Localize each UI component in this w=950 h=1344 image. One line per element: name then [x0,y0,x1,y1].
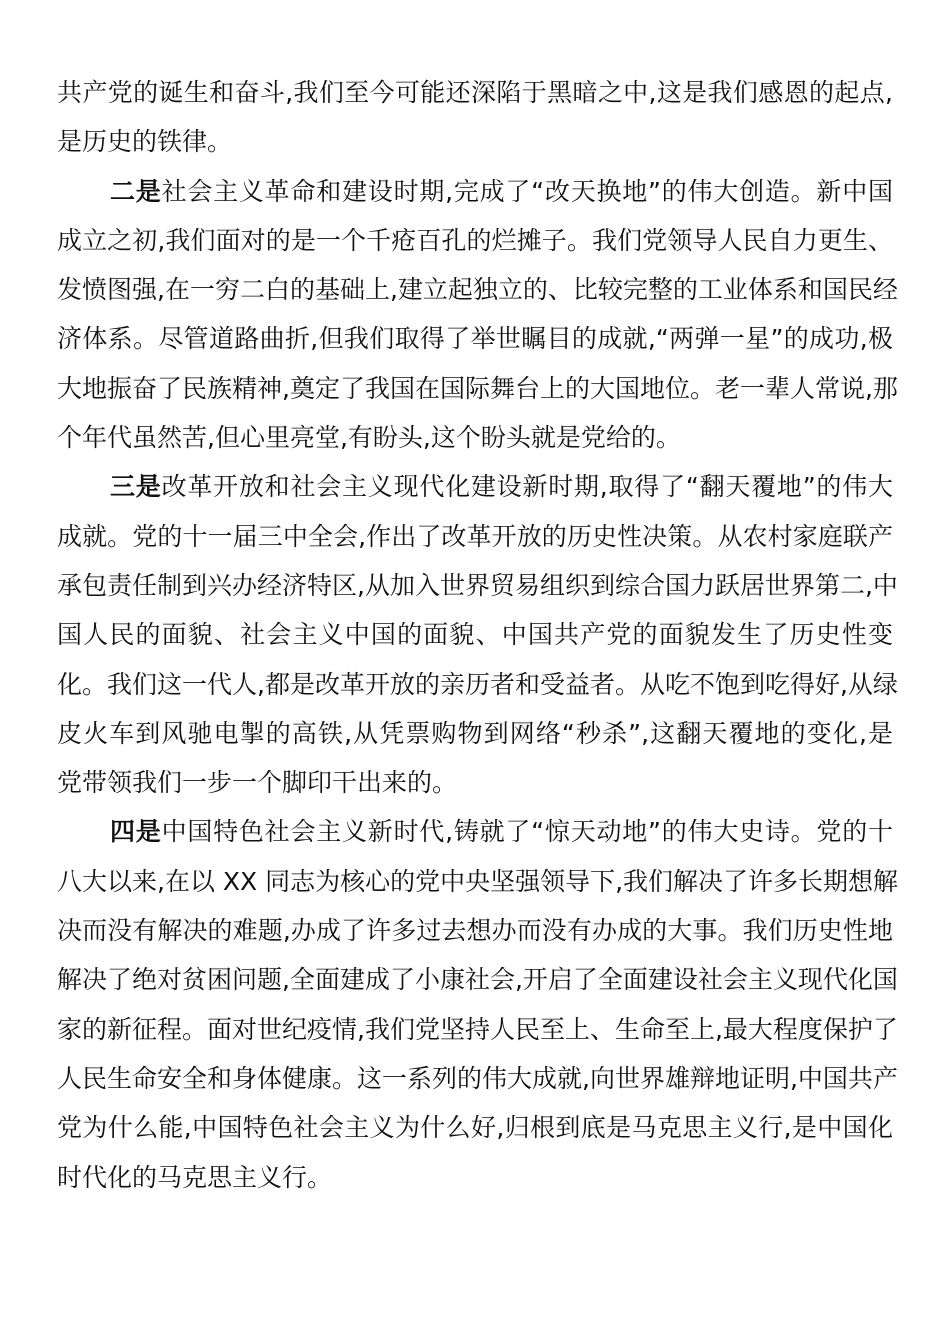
text-line-first: 二是社会主义革命和建设时期,完成了“改天换地”的伟大创造。新中国 [57,167,893,216]
text-line: 承包责任制到兴办经济特区,从加入世界贸易组织到综合国力跃居世界第二,中 [57,561,893,610]
text-line: 皮火车到风驰电掣的高铁,从凭票购物到网络“秒杀”,这翻天覆地的变化,是 [57,709,893,758]
text-line: 成就。党的十一届三中全会,作出了改革开放的历史性决策。从农村家庭联产 [57,512,893,561]
text-line: 大地振奋了民族精神,奠定了我国在国际舞台上的大国地位。老一辈人常说,那 [57,364,893,413]
text-line: 发愤图强,在一穷二白的基础上,建立起独立的、比较完整的工业体系和国民经 [57,265,893,314]
paragraph-continuation: 共产党的诞生和奋斗,我们至今可能还深陷于黑暗之中,这是我们感恩的起点, 是历史的… [57,68,893,167]
text-line: 化。我们这一代人,都是改革开放的亲历者和受益者。从吃不饱到吃得好,从绿 [57,660,893,709]
text-line: 济体系。尽管道路曲折,但我们取得了举世瞩目的成就,“两弹一星”的成功,极 [57,314,893,363]
text-run: 改革开放和社会主义现代化建设新时期,取得了“翻天覆地”的伟大 [162,472,893,501]
text-line: 家的新征程。面对世纪疫情,我们党坚持人民至上、生命至上,最大程度保护了 [57,1005,893,1054]
text-line: 共产党的诞生和奋斗,我们至今可能还深陷于黑暗之中,这是我们感恩的起点, [57,68,893,117]
text-line: 个年代虽然苦,但心里亮堂,有盼头,这个盼头就是党给的。 [57,413,893,462]
text-line: 时代化的马克思主义行。 [57,1153,893,1202]
text-line: 是历史的铁律。 [57,117,893,166]
text-line: 成立之初,我们面对的是一个千疮百孔的烂摊子。我们党领导人民自力更生、 [57,216,893,265]
paragraph-third: 三是改革开放和社会主义现代化建设新时期,取得了“翻天覆地”的伟大 成就。党的十一… [57,462,893,807]
text-line: 人民生命安全和身体健康。这一系列的伟大成就,向世界雄辩地证明,中国共产 [57,1054,893,1103]
text-line: 党为什么能,中国特色社会主义为什么好,归根到底是马克思主义行,是中国化 [57,1103,893,1152]
paragraph-lead-label: 三是 [110,472,162,501]
text-run: 中国特色社会主义新时代,铸就了“惊天动地”的伟大史诗。党的十 [162,817,893,846]
text-line: 党带领我们一步一个脚印干出来的。 [57,758,893,807]
document-page: 共产党的诞生和奋斗,我们至今可能还深陷于黑暗之中,这是我们感恩的起点, 是历史的… [57,68,893,1202]
text-line-first: 三是改革开放和社会主义现代化建设新时期,取得了“翻天覆地”的伟大 [57,462,893,511]
paragraph-lead-label: 四是 [110,817,162,846]
paragraph-second: 二是社会主义革命和建设时期,完成了“改天换地”的伟大创造。新中国 成立之初,我们… [57,167,893,463]
text-line: 八大以来,在以 XX 同志为核心的党中央坚强领导下,我们解决了许多长期想解 [57,857,893,906]
text-line: 国人民的面貌、社会主义中国的面貌、中国共产党的面貌发生了历史性变 [57,610,893,659]
text-line: 解决了绝对贫困问题,全面建成了小康社会,开启了全面建设社会主义现代化国 [57,955,893,1004]
text-line-first: 四是中国特色社会主义新时代,铸就了“惊天动地”的伟大史诗。党的十 [57,807,893,856]
text-line: 决而没有解决的难题,办成了许多过去想办而没有办成的大事。我们历史性地 [57,906,893,955]
text-run: 社会主义革命和建设时期,完成了“改天换地”的伟大创造。新中国 [162,177,893,206]
paragraph-lead-label: 二是 [110,177,162,206]
paragraph-fourth: 四是中国特色社会主义新时代,铸就了“惊天动地”的伟大史诗。党的十 八大以来,在以… [57,807,893,1201]
